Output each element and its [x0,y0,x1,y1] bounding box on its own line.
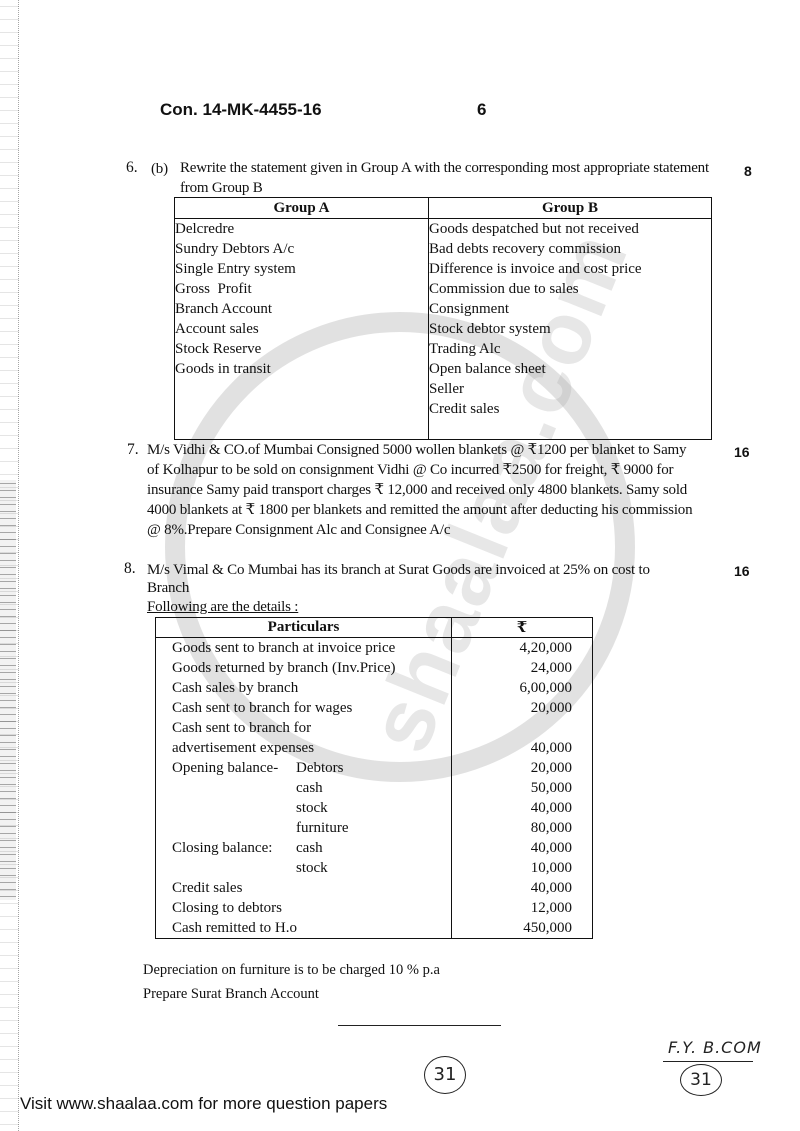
particulars-cell: Closing balance:cash [156,838,452,858]
amount-cell: 20,000 [452,758,593,778]
group-b-item: Seller [429,379,711,399]
particulars-cell: Cash sales by branch [156,678,452,698]
amount-cell: 6,00,000 [452,678,593,698]
particulars-sub-item: cash [296,778,323,798]
q8-marks: 16 [734,563,750,579]
table-row: Cash sent to branch for [156,718,593,738]
amount-cell: 10,000 [452,858,593,878]
group-a-item: Branch Account [175,299,428,319]
particulars-cell: stock [156,798,452,818]
group-b-item: Difference is invoice and cost price [429,259,711,279]
branch-details-table: Particulars ₹ Goods sent to branch at in… [155,617,593,939]
q7-marks: 16 [734,444,750,460]
q7-line: of Kolhapur to be sold on consignment Vi… [147,460,673,480]
group-a-item: Goods in transit [175,359,428,379]
group-a-item: Single Entry system [175,259,428,279]
group-b-item: Goods despatched but not received [429,219,711,239]
q8-line2: Branch [147,578,189,598]
amount-cell: 80,000 [452,818,593,838]
table-row: stock40,000 [156,798,593,818]
particulars-cell: Cash sent to branch for [156,718,452,738]
table-row: Cash remitted to H.o450,000 [156,918,593,939]
group-a-item: Sundry Debtors A/c [175,239,428,259]
particulars-label: Closing balance: [172,838,296,858]
particulars-sub-item: cash [296,838,323,858]
table-row: Opening balance-Debtors20,000 [156,758,593,778]
q8-intro: Following are the details : [147,597,298,617]
amount-cell: 450,000 [452,918,593,939]
q6-number: 6. [126,159,138,177]
particulars-cell: stock [156,858,452,878]
group-b-item: Consignment [429,299,711,319]
q7-line: @ 8%.Prepare Consignment Alc and Consign… [147,520,450,540]
paper-code: Con. 14-MK-4455-16 [160,100,322,120]
table-row: Goods sent to branch at invoice price4,2… [156,638,593,659]
amount-cell: 40,000 [452,738,593,758]
particulars-sub-item: furniture [296,818,348,838]
amount-cell: 12,000 [452,898,593,918]
q7-line: 4000 blankets at ₹ 1800 per blankets and… [147,500,692,520]
table-row: cash50,000 [156,778,593,798]
q7-line: insurance Samy paid transport charges ₹ … [147,480,687,500]
particulars-cell: Goods sent to branch at invoice price [156,638,452,659]
group-a-item: Gross Profit [175,279,428,299]
group-b-item: Bad debts recovery commission [429,239,711,259]
amount-cell: 4,20,000 [452,638,593,659]
group-b-item: Stock debtor system [429,319,711,339]
page-number: 6 [477,100,486,120]
group-match-table: Group A Group B Delcredre Sundry Debtors… [174,197,712,440]
table-row: Goods returned by branch (Inv.Price)24,0… [156,658,593,678]
group-b-item: Commission due to sales [429,279,711,299]
table-row: Closing to debtors12,000 [156,898,593,918]
handwritten-underline [663,1061,753,1062]
group-a-item: Delcredre [175,219,428,239]
particulars-cell: Closing to debtors [156,898,452,918]
particulars-label: Opening balance- [172,758,296,778]
group-b-header: Group B [429,198,712,219]
group-b-item: Credit sales [429,399,711,419]
scan-edge-dark-band [0,480,16,900]
table-row: Credit sales40,000 [156,878,593,898]
particulars-cell: Cash remitted to H.o [156,918,452,939]
particulars-cell: advertisement expenses [156,738,452,758]
group-b-list: Goods despatched but not received Bad de… [429,219,712,440]
handwritten-page-circle: 31 [424,1056,466,1094]
handwritten-course-circle: 31 [680,1064,722,1096]
particulars-cell: Goods returned by branch (Inv.Price) [156,658,452,678]
particulars-cell: Cash sent to branch for wages [156,698,452,718]
group-a-header: Group A [175,198,429,219]
table-row: advertisement expenses40,000 [156,738,593,758]
amount-cell: 40,000 [452,838,593,858]
amount-cell: 20,000 [452,698,593,718]
q6-text-line2: from Group B [180,178,263,198]
amount-cell: 40,000 [452,798,593,818]
particulars-cell: Credit sales [156,878,452,898]
q6-part: (b) [151,159,168,179]
table-row: Cash sales by branch6,00,000 [156,678,593,698]
amount-cell: 40,000 [452,878,593,898]
q7-number: 7. [127,441,139,459]
particulars-sub-item: stock [296,858,328,878]
table-row: Cash sent to branch for wages20,000 [156,698,593,718]
particulars-header: Particulars [156,618,452,638]
amount-cell [452,718,593,738]
table-row: stock10,000 [156,858,593,878]
particulars-cell: cash [156,778,452,798]
table-row: Closing balance:cash40,000 [156,838,593,858]
q6-text-line1: Rewrite the statement given in Group A w… [180,158,709,178]
particulars-cell: Opening balance-Debtors [156,758,452,778]
group-a-item: Stock Reserve [175,339,428,359]
handwritten-course: F.Y. B.COM [668,1038,762,1057]
group-b-item: Trading Alc [429,339,711,359]
q8-note-prepare: Prepare Surat Branch Account [143,982,319,1006]
end-rule [338,1025,501,1026]
particulars-cell: furniture [156,818,452,838]
visit-footer-text: Visit www.shaalaa.com for more question … [20,1094,387,1114]
group-b-item: Open balance sheet [429,359,711,379]
q8-line1: M/s Vimal & Co Mumbai has its branch at … [147,560,650,580]
q8-note-depreciation: Depreciation on furniture is to be charg… [143,958,440,982]
particulars-sub-item: Debtors [296,758,344,778]
group-a-list: Delcredre Sundry Debtors A/c Single Entr… [175,219,429,440]
amount-header: ₹ [452,618,593,638]
q6-marks: 8 [744,163,752,179]
amount-cell: 24,000 [452,658,593,678]
q7-line: M/s Vidhi & CO.of Mumbai Consigned 5000 … [147,440,686,460]
q8-number: 8. [124,560,136,578]
amount-cell: 50,000 [452,778,593,798]
group-a-item: Account sales [175,319,428,339]
particulars-sub-item: stock [296,798,328,818]
table-row: furniture80,000 [156,818,593,838]
